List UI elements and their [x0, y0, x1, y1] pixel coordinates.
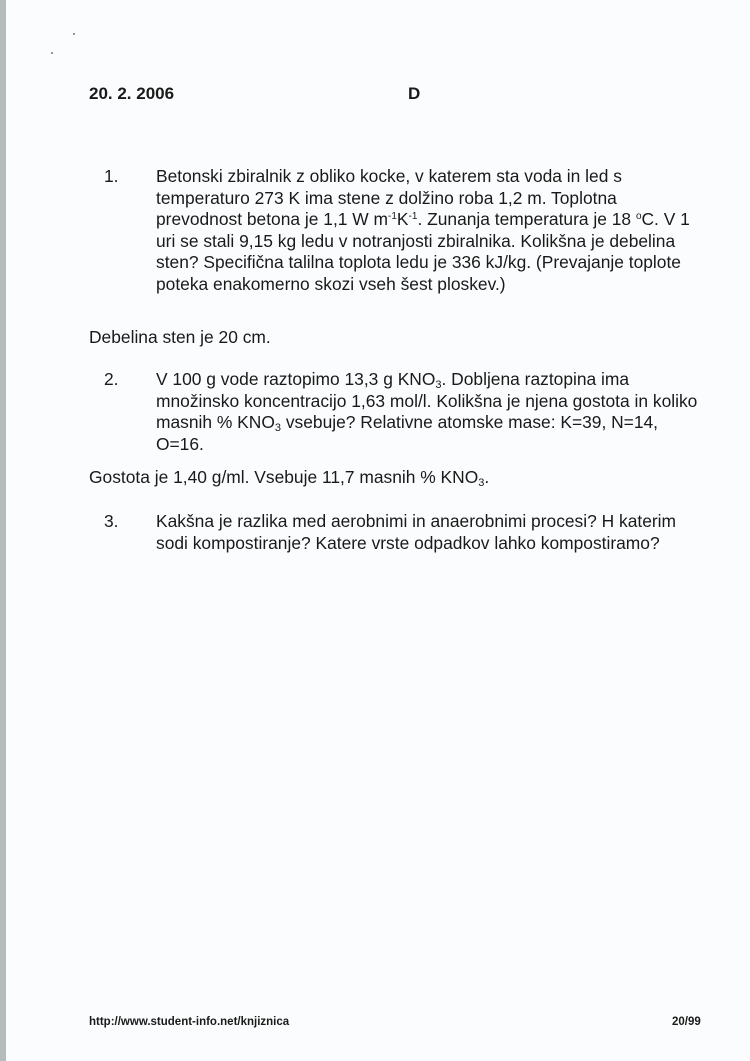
question-text: Betonski zbiralnik z obliko kocke, v kat…	[156, 166, 704, 295]
question-3: 3. Kakšna je razlika med aerobnimi in an…	[104, 511, 704, 554]
exam-date: 20. 2. 2006	[89, 84, 174, 104]
question-text: Kakšna je razlika med aerobnimi in anaer…	[156, 511, 704, 554]
footer-url-link[interactable]: http://www.student-info.net/knjiznica	[89, 1016, 289, 1028]
answer-2: Gostota je 1,40 g/ml. Vsebuje 11,7 masni…	[89, 467, 489, 489]
question-number: 2.	[104, 369, 119, 391]
scan-speck	[51, 52, 53, 54]
scan-speck	[73, 33, 75, 35]
scan-edge-strip	[0, 0, 6, 1061]
question-1: 1. Betonski zbiralnik z obliko kocke, v …	[104, 166, 704, 295]
exam-variant: D	[408, 84, 420, 104]
answer-1: Debelina sten je 20 cm.	[89, 327, 271, 349]
page-number: 20/99	[672, 1016, 701, 1028]
question-2: 2. V 100 g vode raztopimo 13,3 g KNO3. D…	[104, 369, 704, 455]
question-number: 3.	[104, 511, 119, 533]
question-number: 1.	[104, 166, 119, 188]
question-text: V 100 g vode raztopimo 13,3 g KNO3. Dobl…	[156, 369, 704, 455]
